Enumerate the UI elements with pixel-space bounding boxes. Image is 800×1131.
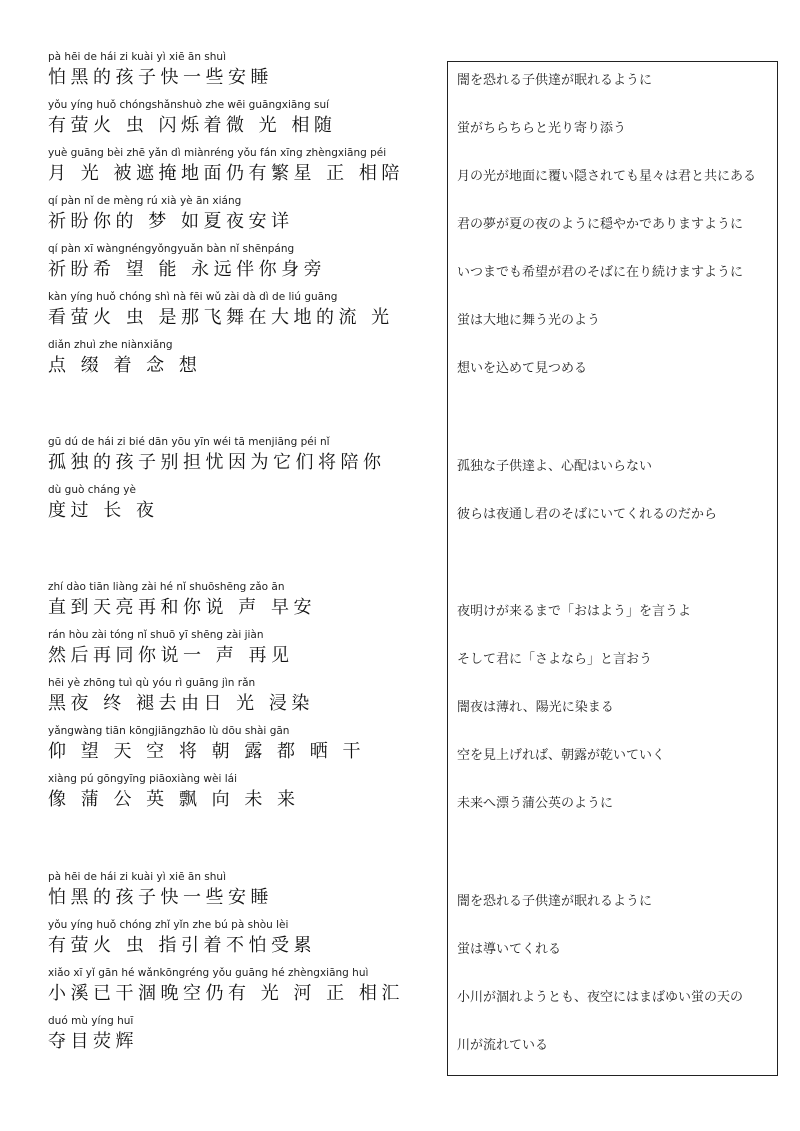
hanzi-text: 夺目荧辉 <box>48 1030 138 1054</box>
pinyin-text: gū dú de hái zi bié dān yōu yīn wéi tā m… <box>48 435 386 449</box>
hanzi-text: 有萤火 虫 闪烁着微 光 相随 <box>48 114 336 138</box>
pinyin-text: duó mù yíng huī <box>48 1014 138 1028</box>
lyric-line: hēi yè zhōng tuì qù yóu rì guāng jìn rǎn… <box>48 676 314 716</box>
lyric-line: pà hēi de hái zi kuài yì xiē ān shuì 怕黑的… <box>48 50 273 90</box>
translation-line: 空を見上げれば、朝露が乾いていく <box>457 745 775 767</box>
hanzi-text: 然后再同你说一 声 再见 <box>48 644 293 668</box>
hanzi-text: 看萤火 虫 是那飞舞在大地的流 光 <box>48 306 394 330</box>
pinyin-text: dù guò cháng yè <box>48 483 158 497</box>
pinyin-text: yǒu yíng huǒ chóng zhǐ yǐn zhe bú pà shò… <box>48 918 316 932</box>
translation-line: 蛍は導いてくれる <box>457 939 775 961</box>
pinyin-text: xiǎo xī yǐ gān hé wǎnkōngréng yǒu guāng … <box>48 966 404 980</box>
hanzi-text: 怕黑的孩子快一些安睡 <box>48 886 273 910</box>
translation-line: 未来へ漂う蒲公英のように <box>457 793 775 815</box>
hanzi-text: 点 缀 着 念 想 <box>48 354 201 378</box>
hanzi-text: 孤独的孩子别担忧因为它们将陪你 <box>48 451 386 475</box>
pinyin-text: xiàng pú gōngyīng piāoxiàng wèi lái <box>48 772 300 786</box>
lyric-line: qí pàn xī wàngnéngyǒngyuǎn bàn nǐ shēnpá… <box>48 242 326 282</box>
translation-line: 孤独な子供達よ、心配はいらない <box>457 456 775 478</box>
lyric-line: pà hēi de hái zi kuài yì xiē ān shuì 怕黑的… <box>48 870 273 910</box>
pinyin-text: zhí dào tiān liàng zài hé nǐ shuōshēng z… <box>48 580 316 594</box>
lyric-line: gū dú de hái zi bié dān yōu yīn wéi tā m… <box>48 435 386 475</box>
lyric-line: yǒu yíng huǒ chóngshǎnshuò zhe wēi guāng… <box>48 98 336 138</box>
lyric-line: xiǎo xī yǐ gān hé wǎnkōngréng yǒu guāng … <box>48 966 404 1006</box>
hanzi-text: 直到天亮再和你说 声 早安 <box>48 596 316 620</box>
pinyin-text: yuè guāng bèi zhē yǎn dì miànréng yǒu fá… <box>48 146 404 160</box>
lyric-line: qí pàn nǐ de mèng rú xià yè ān xiáng 祈盼你… <box>48 194 293 234</box>
translation-line: 彼らは夜通し君のそばにいてくれるのだから <box>457 504 775 526</box>
hanzi-text: 怕黑的孩子快一些安睡 <box>48 66 273 90</box>
pinyin-text: pà hēi de hái zi kuài yì xiē ān shuì <box>48 870 273 884</box>
hanzi-text: 黑夜 终 褪去由日 光 浸染 <box>48 692 314 716</box>
hanzi-text: 小溪已干涸晚空仍有 光 河 正 相汇 <box>48 982 404 1006</box>
hanzi-text: 祈盼希 望 能 永远伴你身旁 <box>48 258 326 282</box>
hanzi-text: 度过 长 夜 <box>48 499 158 523</box>
translation-line: いつまでも希望が君のそばに在り続けますように <box>457 262 775 284</box>
pinyin-text: kàn yíng huǒ chóng shì nà fēi wǔ zài dà … <box>48 290 394 304</box>
japanese-translation-box: 闇を恐れる子供達が眠れるように 蛍がちらちらと光り寄り添う 月の光が地面に覆い隠… <box>447 61 778 1076</box>
lyric-line: zhí dào tiān liàng zài hé nǐ shuōshēng z… <box>48 580 316 620</box>
pinyin-text: yǎngwàng tiān kōngjiāngzhāo lù dōu shài … <box>48 724 365 738</box>
hanzi-text: 有萤火 虫 指引着不怕受累 <box>48 934 316 958</box>
hanzi-text: 像 蒲 公 英 飘 向 未 来 <box>48 788 300 812</box>
translation-line: 小川が涸れようとも、夜空にはまばゆい蛍の天の <box>457 987 775 1009</box>
translation-line: そして君に「さよなら」と言おう <box>457 649 775 671</box>
translation-line: 闇を恐れる子供達が眠れるように <box>457 891 775 913</box>
translation-line: 蛍がちらちらと光り寄り添う <box>457 118 775 140</box>
translation-line: 川が流れている <box>457 1035 775 1057</box>
lyric-line: yǎngwàng tiān kōngjiāngzhāo lù dōu shài … <box>48 724 365 764</box>
lyric-line: dù guò cháng yè 度过 长 夜 <box>48 483 158 523</box>
lyric-line: yǒu yíng huǒ chóng zhǐ yǐn zhe bú pà shò… <box>48 918 316 958</box>
pinyin-text: qí pàn xī wàngnéngyǒngyuǎn bàn nǐ shēnpá… <box>48 242 326 256</box>
lyric-line: kàn yíng huǒ chóng shì nà fēi wǔ zài dà … <box>48 290 394 330</box>
pinyin-text: diǎn zhuì zhe niànxiǎng <box>48 338 201 352</box>
lyric-line: yuè guāng bèi zhē yǎn dì miànréng yǒu fá… <box>48 146 404 186</box>
translation-line: 君の夢が夏の夜のように穏やかでありますように <box>457 214 775 236</box>
pinyin-text: qí pàn nǐ de mèng rú xià yè ān xiáng <box>48 194 293 208</box>
lyric-line: rán hòu zài tóng nǐ shuō yī shēng zài ji… <box>48 628 293 668</box>
pinyin-text: yǒu yíng huǒ chóngshǎnshuò zhe wēi guāng… <box>48 98 336 112</box>
translation-line: 夜明けが来るまで「おはよう」を言うよ <box>457 601 775 623</box>
hanzi-text: 祈盼你的 梦 如夏夜安详 <box>48 210 293 234</box>
lyrics-page: pà hēi de hái zi kuài yì xiē ān shuì 怕黑的… <box>0 0 800 1131</box>
lyric-line: diǎn zhuì zhe niànxiǎng 点 缀 着 念 想 <box>48 338 201 378</box>
translation-line: 闇夜は薄れ、陽光に染まる <box>457 697 775 719</box>
lyric-line: xiàng pú gōngyīng piāoxiàng wèi lái 像 蒲 … <box>48 772 300 812</box>
translation-line: 想いを込めて見つめる <box>457 358 775 380</box>
translation-line: 闇を恐れる子供達が眠れるように <box>457 70 775 92</box>
pinyin-text: hēi yè zhōng tuì qù yóu rì guāng jìn rǎn <box>48 676 314 690</box>
hanzi-text: 仰 望 天 空 将 朝 露 都 晒 干 <box>48 740 365 764</box>
pinyin-text: rán hòu zài tóng nǐ shuō yī shēng zài ji… <box>48 628 293 642</box>
lyric-line: duó mù yíng huī 夺目荧辉 <box>48 1014 138 1054</box>
translation-line: 月の光が地面に覆い隠されても星々は君と共にある <box>457 166 775 188</box>
translation-line: 蛍は大地に舞う光のよう <box>457 310 775 332</box>
hanzi-text: 月 光 被遮掩地面仍有繁星 正 相陪 <box>48 162 404 186</box>
pinyin-text: pà hēi de hái zi kuài yì xiē ān shuì <box>48 50 273 64</box>
